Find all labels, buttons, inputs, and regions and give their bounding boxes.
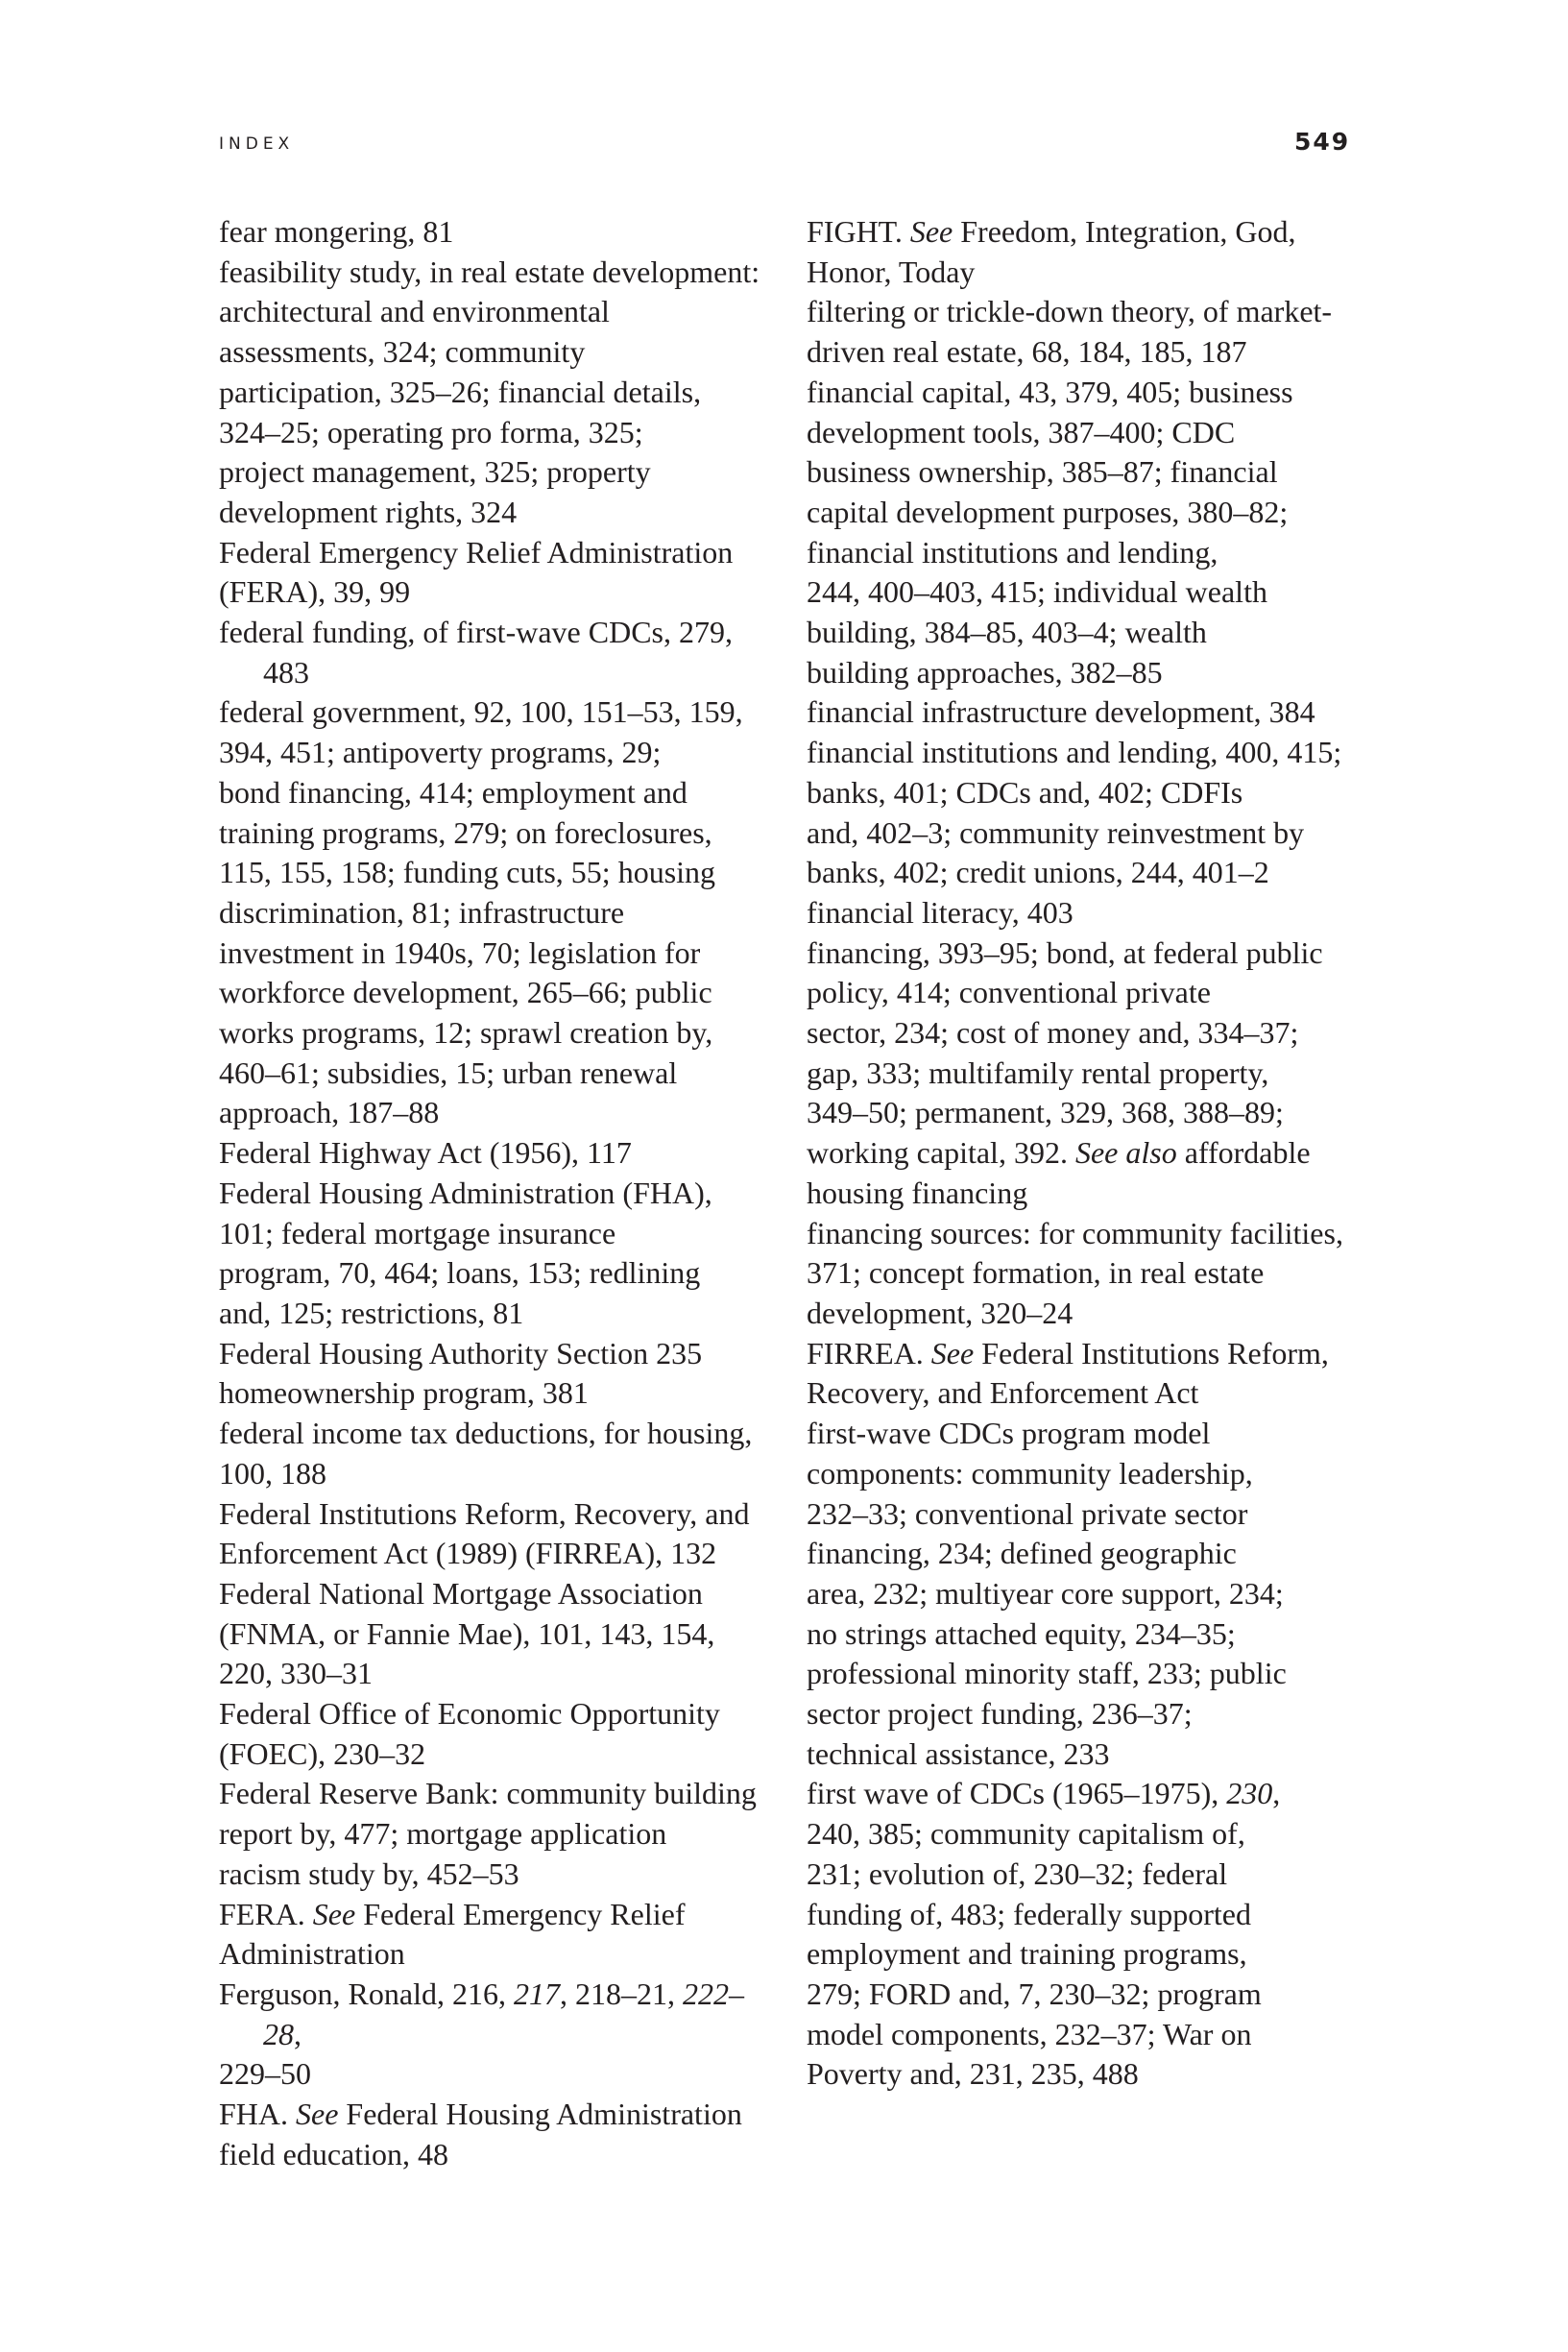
entry-text: capital development purposes, 380–82; <box>807 495 1288 529</box>
index-entry-heading-line: financial capital, 43, 379, 405; busines… <box>851 373 1368 413</box>
index-entry-continuation-line: 100, 188 <box>263 1454 776 1494</box>
entry-text: funding of, 483; federally supported <box>807 1897 1251 1931</box>
entry-text: FERA. <box>219 1897 313 1931</box>
index-entry: financial institutions and lending, 400,… <box>807 733 1368 893</box>
entry-text: development rights, 324 <box>219 495 517 529</box>
entry-text: model components, 232–37; War on <box>807 2017 1251 2051</box>
entry-text: Federal Institutions Reform, Recovery, a… <box>219 1496 749 1531</box>
index-entry-continuation-line: 232–33; conventional private sector <box>851 1494 1368 1535</box>
index-entry-continuation-line: works programs, 12; sprawl creation by, <box>263 1013 776 1054</box>
index-entry: federal income tax deductions, for housi… <box>219 1414 776 1493</box>
index-entry: field education, 48 <box>219 2135 776 2175</box>
index-entry-continuation-line: (FERA), 39, 99 <box>263 572 776 613</box>
entry-text: federal government, 92, 100, 151–53, 159… <box>219 694 743 729</box>
index-entry-continuation-line: 349–50; permanent, 329, 368, 388–89; <box>851 1093 1368 1133</box>
entry-text: Poverty and, 231, 235, 488 <box>807 2056 1139 2091</box>
entry-text: Recovery, and Enforcement Act <box>807 1375 1198 1410</box>
index-entry: FERA. See Federal Emergency ReliefAdmini… <box>219 1895 776 1975</box>
index-entry-heading-line: Federal Highway Act (1956), 117 <box>263 1133 776 1174</box>
entry-text: technical assistance, 233 <box>807 1736 1109 1771</box>
entry-text: Federal Housing Authority Section 235 <box>219 1336 702 1370</box>
entry-text: 101; federal mortgage insurance <box>219 1216 615 1250</box>
index-entry-continuation-line: 279; FORD and, 7, 230–32; program <box>851 1975 1368 2015</box>
index-entry-continuation-line: components: community leadership, <box>851 1454 1368 1494</box>
index-entry-continuation-line: housing financing <box>851 1174 1368 1214</box>
index-entry-continuation-line: 324–25; operating pro forma, 325; <box>263 413 776 453</box>
index-entry-continuation-line: sector project funding, 236–37; <box>851 1694 1368 1734</box>
entry-text: 279; FORD and, 7, 230–32; program <box>807 1976 1262 2011</box>
entry-text: employment and training programs, <box>807 1936 1247 1971</box>
index-entry: federal government, 92, 100, 151–53, 159… <box>219 692 776 1133</box>
entry-text: Federal Emergency Relief Administration <box>219 535 733 570</box>
index-entry-continuation-line: 231; evolution of, 230–32; federal <box>851 1855 1368 1895</box>
entry-text: Ferguson, Ronald, 216, <box>219 1976 514 2011</box>
entry-text: 324–25; operating pro forma, 325; <box>219 415 643 449</box>
entry-text: Federal National Mortgage Association <box>219 1576 703 1611</box>
entry-text: Administration <box>219 1936 405 1971</box>
index-entry-continuation-line: 229–50 <box>263 2054 776 2095</box>
entry-text: banks, 402; credit unions, 244, 401–2 <box>807 855 1269 889</box>
index-entry-continuation-line: driven real estate, 68, 184, 185, 187 <box>851 332 1368 373</box>
entry-text: feasibility study, in real estate develo… <box>219 255 760 289</box>
index-entry-continuation-line: racism study by, 452–53 <box>263 1855 776 1895</box>
index-entry-heading-line: financial literacy, 403 <box>851 893 1368 934</box>
index-entry-continuation-line: business ownership, 385–87; financial <box>851 452 1368 493</box>
entry-text: 244, 400–403, 415; individual wealth <box>807 574 1267 609</box>
index-entry-continuation-line: policy, 414; conventional private <box>851 973 1368 1013</box>
index-entry-continuation-line: project management, 325; property <box>263 452 776 493</box>
index-entry-continuation-line: financial institutions and lending, <box>851 533 1368 573</box>
entry-text: and, 125; restrictions, 81 <box>219 1296 523 1330</box>
entry-text: 349–50; permanent, 329, 368, 388–89; <box>807 1095 1284 1129</box>
index-entry: first wave of CDCs (1965–1975), 230,240,… <box>807 1774 1368 2095</box>
index-entry-continuation-line: 460–61; subsidies, 15; urban renewal <box>263 1054 776 1094</box>
entry-text: fear mongering, 81 <box>219 214 453 249</box>
entry-text: federal funding, of first-wave CDCs, 279… <box>219 615 733 690</box>
index-entry-continuation-line: (FNMA, or Fannie Mae), 101, 143, 154, <box>263 1614 776 1655</box>
index-entry-heading-line: financing sources: for community facilit… <box>851 1214 1368 1254</box>
entry-text: racism study by, 452–53 <box>219 1856 519 1891</box>
index-entry-heading-line: fear mongering, 81 <box>263 212 776 253</box>
index-entry-continuation-line: Enforcement Act (1989) (FIRREA), 132 <box>263 1534 776 1574</box>
index-entry-heading-line: FHA. See Federal Housing Administration <box>263 2095 776 2135</box>
entry-text: driven real estate, 68, 184, 185, 187 <box>807 334 1247 369</box>
entry-text: first-wave CDCs program model <box>807 1416 1210 1450</box>
index-entry-continuation-line: Administration <box>263 1934 776 1975</box>
index-entry-continuation-line: and, 125; restrictions, 81 <box>263 1294 776 1334</box>
index-entry-heading-line: federal funding, of first-wave CDCs, 279… <box>263 613 776 692</box>
index-entry-heading-line: Federal Reserve Bank: community building <box>263 1774 776 1814</box>
entry-text: financial literacy, 403 <box>807 895 1073 930</box>
entry-text: business ownership, 385–87; financial <box>807 454 1278 489</box>
entry-text: project management, 325; property <box>219 454 651 489</box>
index-entry: Federal Housing Administration (FHA),101… <box>219 1174 776 1334</box>
index-entry: Federal Housing Authority Section 235hom… <box>219 1334 776 1414</box>
italic-text: See also <box>1075 1135 1177 1170</box>
entry-text: bond financing, 414; employment and <box>219 775 688 810</box>
index-entry-continuation-line: 244, 400–403, 415; individual wealth <box>851 572 1368 613</box>
entry-text: working capital, 392. <box>807 1135 1075 1170</box>
index-entry: financing, 393–95; bond, at federal publ… <box>807 934 1368 1214</box>
index-column-right: FIGHT. See Freedom, Integration, God,Hon… <box>807 212 1368 2095</box>
entry-text: sector project funding, 236–37; <box>807 1696 1193 1731</box>
index-entry-continuation-line: 394, 451; antipoverty programs, 29; <box>263 733 776 773</box>
entry-text: Federal Housing Administration <box>338 2097 741 2131</box>
index-entry-heading-line: Federal Housing Authority Section 235 <box>263 1334 776 1374</box>
index-entry: Federal Emergency Relief Administration(… <box>219 533 776 613</box>
entry-text: professional minority staff, 233; public <box>807 1656 1287 1690</box>
index-entry-heading-line: FIRREA. See Federal Institutions Reform, <box>851 1334 1368 1374</box>
entry-text: and, 402–3; community reinvestment by <box>807 815 1304 850</box>
entry-text: workforce development, 265–66; public <box>219 975 712 1009</box>
index-entry-continuation-line: banks, 401; CDCs and, 402; CDFIs <box>851 773 1368 813</box>
entry-text: Federal Emergency Relief <box>355 1897 685 1931</box>
entry-text: , <box>1272 1776 1280 1810</box>
entry-text: investment in 1940s, 70; legislation for <box>219 935 700 970</box>
entry-text: participation, 325–26; financial details… <box>219 375 701 409</box>
entry-text: financing, 234; defined geographic <box>807 1536 1237 1570</box>
entry-text: FIRREA. <box>807 1336 931 1370</box>
italic-text: See <box>313 1897 355 1931</box>
index-entry-continuation-line: discrimination, 81; infrastructure <box>263 893 776 934</box>
entry-text: 232–33; conventional private sector <box>807 1496 1247 1531</box>
entry-text: 231; evolution of, 230–32; federal <box>807 1856 1227 1891</box>
entry-text: no strings attached equity, 234–35; <box>807 1616 1236 1651</box>
index-entry-continuation-line: building approaches, 382–85 <box>851 653 1368 693</box>
index-entry-heading-line: FERA. See Federal Emergency Relief <box>263 1895 776 1935</box>
entry-text: area, 232; multiyear core support, 234; <box>807 1576 1284 1611</box>
entry-text: 371; concept formation, in real estate <box>807 1255 1264 1290</box>
index-entry: first-wave CDCs program modelcomponents:… <box>807 1414 1368 1774</box>
entry-text: Federal Housing Administration (FHA), <box>219 1176 712 1210</box>
entry-text: development, 320–24 <box>807 1296 1073 1330</box>
entry-text: gap, 333; multifamily rental property, <box>807 1055 1268 1090</box>
italic-text: See <box>910 214 953 249</box>
index-entry-continuation-line: capital development purposes, 380–82; <box>851 493 1368 533</box>
entry-text: field education, 48 <box>219 2137 448 2171</box>
index-entry-continuation-line: participation, 325–26; financial details… <box>263 373 776 413</box>
index-entry: Federal National Mortgage Association(FN… <box>219 1574 776 1694</box>
index-entry: FIRREA. See Federal Institutions Reform,… <box>807 1334 1368 1414</box>
index-entry: feasibility study, in real estate develo… <box>219 253 776 533</box>
index-entry: financial literacy, 403 <box>807 893 1368 934</box>
entry-text: financing sources: for community facilit… <box>807 1216 1343 1250</box>
entry-text: building, 384–85, 403–4; wealth <box>807 615 1207 649</box>
index-entry: financing sources: for community facilit… <box>807 1214 1368 1334</box>
index-entry-heading-line: Federal Housing Administration (FHA), <box>263 1174 776 1214</box>
index-entry: fear mongering, 81 <box>219 212 776 253</box>
entry-text: Freedom, Integration, God, <box>953 214 1295 249</box>
index-entry: Federal Institutions Reform, Recovery, a… <box>219 1494 776 1574</box>
index-entry-continuation-line: building, 384–85, 403–4; wealth <box>851 613 1368 653</box>
index-entry-continuation-line: employment and training programs, <box>851 1934 1368 1975</box>
entry-text: financial infrastructure development, 38… <box>807 694 1315 729</box>
index-entry-continuation-line: 115, 155, 158; funding cuts, 55; housing <box>263 853 776 893</box>
index-entry-heading-line: financing, 393–95; bond, at federal publ… <box>851 934 1368 974</box>
index-entry-continuation-line: Honor, Today <box>851 253 1368 293</box>
index-entry-heading-line: federal income tax deductions, for housi… <box>263 1414 776 1454</box>
index-entry-continuation-line: approach, 187–88 <box>263 1093 776 1133</box>
entry-text: sector, 234; cost of money and, 334–37; <box>807 1015 1298 1050</box>
index-entry-continuation-line: and, 402–3; community reinvestment by <box>851 813 1368 854</box>
entry-text: Federal Institutions Reform, <box>974 1336 1329 1370</box>
entry-text: discrimination, 81; infrastructure <box>219 895 624 930</box>
entry-text: report by, 477; mortgage application <box>219 1816 666 1851</box>
italic-text: See <box>296 2097 338 2131</box>
index-entry-continuation-line: 240, 385; community capitalism of, <box>851 1814 1368 1855</box>
index-entry-continuation-line: investment in 1940s, 70; legislation for <box>263 934 776 974</box>
entry-text: 220, 330–31 <box>219 1656 373 1690</box>
entry-text: Federal Office of Economic Opportunity <box>219 1696 720 1731</box>
index-entry: financial infrastructure development, 38… <box>807 692 1368 733</box>
index-entry: financial capital, 43, 379, 405; busines… <box>807 373 1368 693</box>
index-entry: FIGHT. See Freedom, Integration, God,Hon… <box>807 212 1368 292</box>
entry-text: affordable <box>1177 1135 1311 1170</box>
entry-text: financial institutions and lending, 400,… <box>807 735 1341 769</box>
index-entry-continuation-line: report by, 477; mortgage application <box>263 1814 776 1855</box>
index-entry-continuation-line: (FOEC), 230–32 <box>263 1734 776 1775</box>
entry-text: homeownership program, 381 <box>219 1375 589 1410</box>
index-entry-continuation-line: training programs, 279; on foreclosures, <box>263 813 776 854</box>
index-entry-heading-line: Federal Institutions Reform, Recovery, a… <box>263 1494 776 1535</box>
index-entry: Ferguson, Ronald, 216, 217, 218–21, 222–… <box>219 1975 776 2095</box>
index-entry-continuation-line: no strings attached equity, 234–35; <box>851 1614 1368 1655</box>
index-entry-continuation-line: banks, 402; credit unions, 244, 401–2 <box>851 853 1368 893</box>
index-entry-heading-line: financial infrastructure development, 38… <box>851 692 1368 733</box>
index-entry-continuation-line: workforce development, 265–66; public <box>263 973 776 1013</box>
index-entry-heading-line: feasibility study, in real estate develo… <box>263 253 776 293</box>
index-entry-continuation-line: sector, 234; cost of money and, 334–37; <box>851 1013 1368 1054</box>
index-entry-heading-line: Federal National Mortgage Association <box>263 1574 776 1614</box>
index-entry-continuation-line: working capital, 392. See also affordabl… <box>851 1133 1368 1174</box>
entry-text: Federal Reserve Bank: community building <box>219 1776 757 1810</box>
entry-text: housing financing <box>807 1176 1027 1210</box>
page-number: 549 <box>1294 129 1350 156</box>
entry-text: Enforcement Act (1989) (FIRREA), 132 <box>219 1536 716 1570</box>
entry-text: program, 70, 464; loans, 153; redlining <box>219 1255 700 1290</box>
index-entry-continuation-line: 371; concept formation, in real estate <box>851 1253 1368 1294</box>
index-entry-heading-line: first wave of CDCs (1965–1975), 230, <box>851 1774 1368 1814</box>
index-entry: Federal Highway Act (1956), 117 <box>219 1133 776 1174</box>
index-entry-continuation-line: professional minority staff, 233; public <box>851 1654 1368 1694</box>
entry-text: architectural and environmental <box>219 294 610 328</box>
running-head: INDEX <box>219 133 294 155</box>
index-entry-continuation-line: development rights, 324 <box>263 493 776 533</box>
index-entry-continuation-line: 101; federal mortgage insurance <box>263 1214 776 1254</box>
entry-text: (FNMA, or Fannie Mae), 101, 143, 154, <box>219 1616 714 1651</box>
index-entry-continuation-line: area, 232; multiyear core support, 234; <box>851 1574 1368 1614</box>
entry-text: training programs, 279; on foreclosures, <box>219 815 712 850</box>
index-entry-heading-line: Ferguson, Ronald, 216, 217, 218–21, 222–… <box>263 1975 776 2054</box>
entry-text: approach, 187–88 <box>219 1095 439 1129</box>
entry-text: building approaches, 382–85 <box>807 655 1163 690</box>
index-entry-continuation-line: model components, 232–37; War on <box>851 2015 1368 2055</box>
index-entry: Federal Reserve Bank: community building… <box>219 1774 776 1894</box>
index-entry-continuation-line: development, 320–24 <box>851 1294 1368 1334</box>
entry-text: banks, 401; CDCs and, 402; CDFIs <box>807 775 1242 810</box>
italic-text: See <box>931 1336 974 1370</box>
index-entry-continuation-line: technical assistance, 233 <box>851 1734 1368 1775</box>
entry-text: (FERA), 39, 99 <box>219 574 410 609</box>
index-entry: federal funding, of first-wave CDCs, 279… <box>219 613 776 692</box>
index-entry-heading-line: Federal Office of Economic Opportunity <box>263 1694 776 1734</box>
index-entry-heading-line: FIGHT. See Freedom, Integration, God, <box>851 212 1368 253</box>
italic-text: 230 <box>1226 1776 1272 1810</box>
index-entry-heading-line: federal government, 92, 100, 151–53, 159… <box>263 692 776 733</box>
entry-text: 460–61; subsidies, 15; urban renewal <box>219 1055 677 1090</box>
index-entry-continuation-line: financing, 234; defined geographic <box>851 1534 1368 1574</box>
index-entry-continuation-line: funding of, 483; federally supported <box>851 1895 1368 1935</box>
entry-text: 115, 155, 158; funding cuts, 55; housing <box>219 855 715 889</box>
index-entry-continuation-line: program, 70, 464; loans, 153; redlining <box>263 1253 776 1294</box>
entry-text: filtering or trickle-down theory, of mar… <box>807 294 1332 328</box>
entry-text: Honor, Today <box>807 255 975 289</box>
entry-text: 229–50 <box>219 2056 311 2091</box>
index-entry-heading-line: Federal Emergency Relief Administration <box>263 533 776 573</box>
entry-text: components: community leadership, <box>807 1456 1253 1491</box>
index-entry: Federal Office of Economic Opportunity(F… <box>219 1694 776 1774</box>
entry-text: FHA. <box>219 2097 296 2131</box>
entry-text: policy, 414; conventional private <box>807 975 1211 1009</box>
entry-text: , 218–21, <box>560 1976 683 2011</box>
entry-text: financial institutions and lending, <box>807 535 1218 570</box>
index-entry-continuation-line: 220, 330–31 <box>263 1654 776 1694</box>
entry-text: 240, 385; community capitalism of, <box>807 1816 1245 1851</box>
italic-text: 217 <box>514 1976 560 2011</box>
entry-text: development tools, 387–400; CDC <box>807 415 1235 449</box>
index-entry-heading-line: filtering or trickle-down theory, of mar… <box>851 292 1368 332</box>
index-entry-continuation-line: bond financing, 414; employment and <box>263 773 776 813</box>
entry-text: Federal Highway Act (1956), 117 <box>219 1135 632 1170</box>
index-entry-continuation-line: assessments, 324; community <box>263 332 776 373</box>
entry-text: (FOEC), 230–32 <box>219 1736 425 1771</box>
index-column-left: fear mongering, 81feasibility study, in … <box>219 212 776 2174</box>
index-entry-continuation-line: gap, 333; multifamily rental property, <box>851 1054 1368 1094</box>
entry-text: FIGHT. <box>807 214 910 249</box>
index-entry-heading-line: field education, 48 <box>263 2135 776 2175</box>
index-entry-continuation-line: Poverty and, 231, 235, 488 <box>851 2054 1368 2095</box>
entry-text: works programs, 12; sprawl creation by, <box>219 1015 712 1050</box>
entry-text: first wave of CDCs (1965–1975), <box>807 1776 1226 1810</box>
entry-text: financing, 393–95; bond, at federal publ… <box>807 935 1323 970</box>
index-entry-continuation-line: Recovery, and Enforcement Act <box>851 1373 1368 1414</box>
entry-text: assessments, 324; community <box>219 334 585 369</box>
index-entry-continuation-line: development tools, 387–400; CDC <box>851 413 1368 453</box>
index-entry-heading-line: financial institutions and lending, 400,… <box>851 733 1368 773</box>
entry-text: 394, 451; antipoverty programs, 29; <box>219 735 661 769</box>
entry-text: 100, 188 <box>219 1456 326 1491</box>
index-entry-heading-line: first-wave CDCs program model <box>851 1414 1368 1454</box>
index-entry: FHA. See Federal Housing Administration <box>219 2095 776 2135</box>
index-entry: filtering or trickle-down theory, of mar… <box>807 292 1368 372</box>
entry-text: , <box>294 2017 302 2051</box>
entry-text: federal income tax deductions, for housi… <box>219 1416 752 1450</box>
entry-text: financial capital, 43, 379, 405; busines… <box>807 375 1293 409</box>
index-entry-continuation-line: homeownership program, 381 <box>263 1373 776 1414</box>
index-entry-continuation-line: architectural and environmental <box>263 292 776 332</box>
